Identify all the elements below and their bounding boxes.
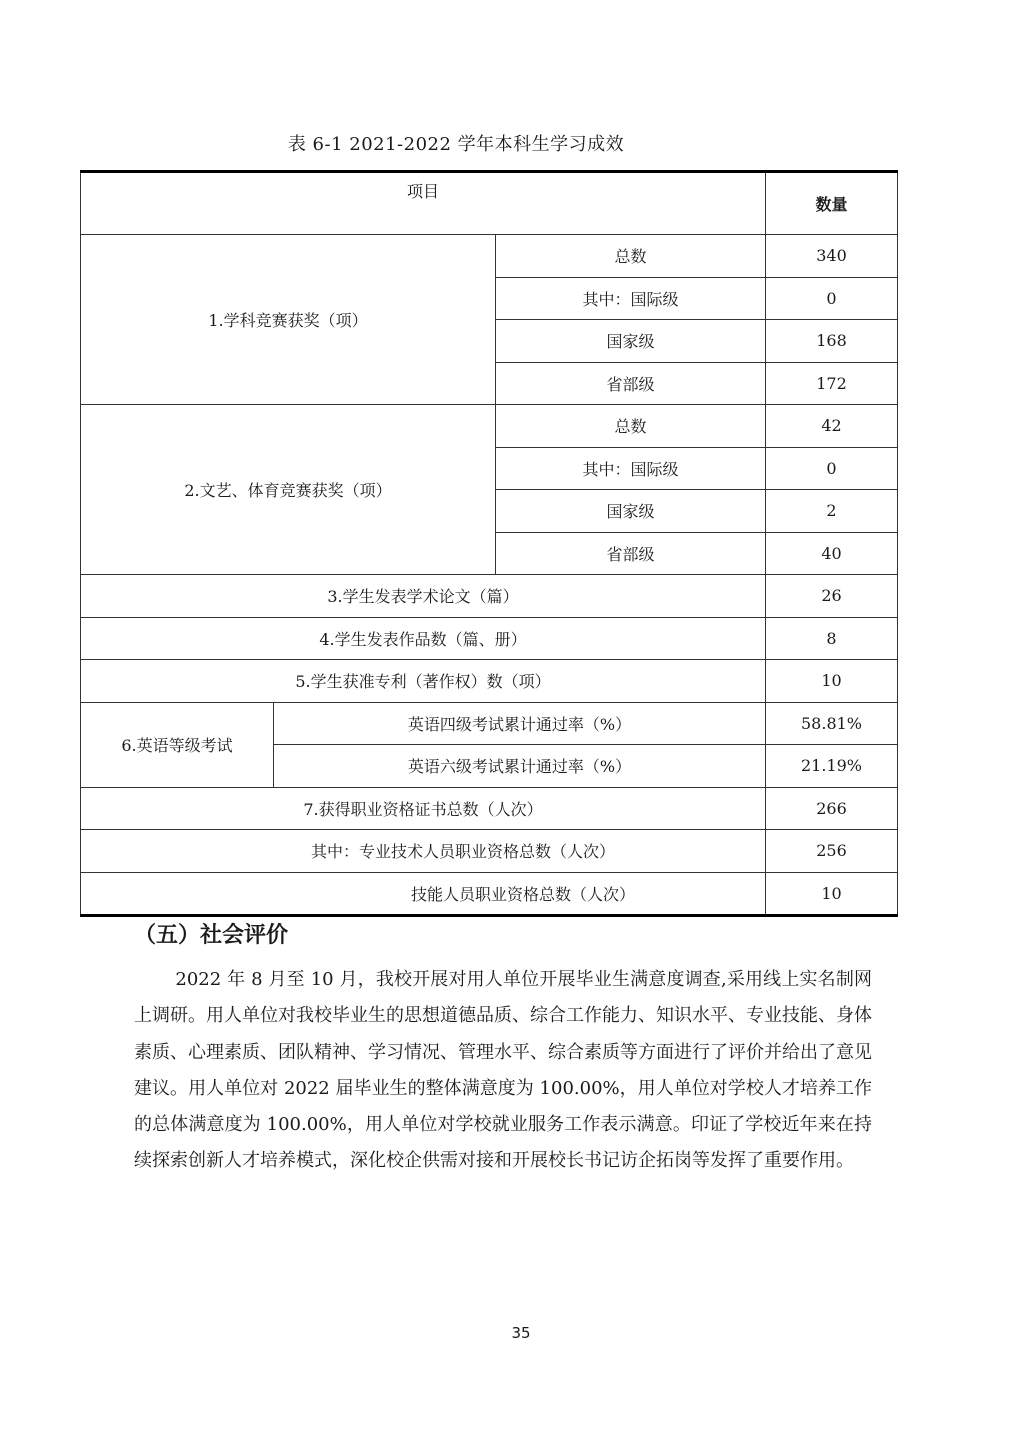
value-cell: 58.81%	[766, 702, 898, 745]
value-cell: 42	[766, 405, 898, 448]
value-cell: 8	[766, 617, 898, 660]
value-cell: 340	[766, 235, 898, 278]
header-item: 项目	[81, 172, 766, 235]
sub-label: 省部级	[496, 532, 766, 575]
header-quantity: 数量	[766, 172, 898, 235]
value-cell: 2	[766, 490, 898, 533]
sub-label: 国家级	[496, 320, 766, 363]
row-label-papers: 3.学生发表学术论文（篇）	[81, 575, 766, 618]
value-cell: 0	[766, 277, 898, 320]
value-cell: 0	[766, 447, 898, 490]
row-label-certificates: 7.获得职业资格证书总数（人次）	[81, 787, 766, 830]
sub-label: 英语四级考试累计通过率（%）	[274, 702, 766, 745]
value-cell: 172	[766, 362, 898, 405]
table-header-row: 项目 数量	[81, 172, 898, 235]
table-row: 3.学生发表学术论文（篇） 26	[81, 575, 898, 618]
value-cell: 40	[766, 532, 898, 575]
sub-label: 总数	[496, 405, 766, 448]
learning-outcomes-table: 项目 数量 1.学科竞赛获奖（项） 总数 340 其中：国际级 0 国家级 16…	[80, 170, 898, 917]
table-row: 4.学生发表作品数（篇、册） 8	[81, 617, 898, 660]
row-label-arts-sports-competition: 2.文艺、体育竞赛获奖（项）	[81, 405, 496, 575]
section-heading: （五）社会评价	[134, 918, 288, 949]
table-row: 其中：专业技术人员职业资格总数（人次） 256	[81, 830, 898, 873]
sub-label: 英语六级考试累计通过率（%）	[274, 745, 766, 788]
table-row: 5.学生获准专利（著作权）数（项） 10	[81, 660, 898, 703]
row-label-patents: 5.学生获准专利（著作权）数（项）	[81, 660, 766, 703]
value-cell: 10	[766, 660, 898, 703]
sub-label: 国家级	[496, 490, 766, 533]
value-cell: 26	[766, 575, 898, 618]
sub-label: 省部级	[496, 362, 766, 405]
value-cell: 168	[766, 320, 898, 363]
table-caption: 表 6-1 2021-2022 学年本科生学习成效	[0, 130, 912, 156]
row-label-academic-competition: 1.学科竞赛获奖（项）	[81, 235, 496, 405]
row-label-works: 4.学生发表作品数（篇、册）	[81, 617, 766, 660]
page-number: 35	[0, 1324, 1024, 1342]
row-label-english: 6.英语等级考试	[81, 702, 274, 787]
table-row: 技能人员职业资格总数（人次） 10	[81, 872, 898, 916]
body-paragraph: 2022 年 8 月至 10 月，我校开展对用人单位开展毕业生满意度调查,采用线…	[134, 962, 872, 1180]
sub-label: 其中：国际级	[496, 277, 766, 320]
row-label-certificates-professional: 其中：专业技术人员职业资格总数（人次）	[81, 830, 766, 873]
table-row: 6.英语等级考试 英语四级考试累计通过率（%） 58.81%	[81, 702, 898, 745]
row-label-certificates-skills: 技能人员职业资格总数（人次）	[81, 872, 766, 916]
table-row: 1.学科竞赛获奖（项） 总数 340	[81, 235, 898, 278]
value-cell: 266	[766, 787, 898, 830]
table-row: 2.文艺、体育竞赛获奖（项） 总数 42	[81, 405, 898, 448]
value-cell: 256	[766, 830, 898, 873]
value-cell: 10	[766, 872, 898, 916]
table-row: 7.获得职业资格证书总数（人次） 266	[81, 787, 898, 830]
sub-label: 总数	[496, 235, 766, 278]
sub-label: 其中：国际级	[496, 447, 766, 490]
value-cell: 21.19%	[766, 745, 898, 788]
